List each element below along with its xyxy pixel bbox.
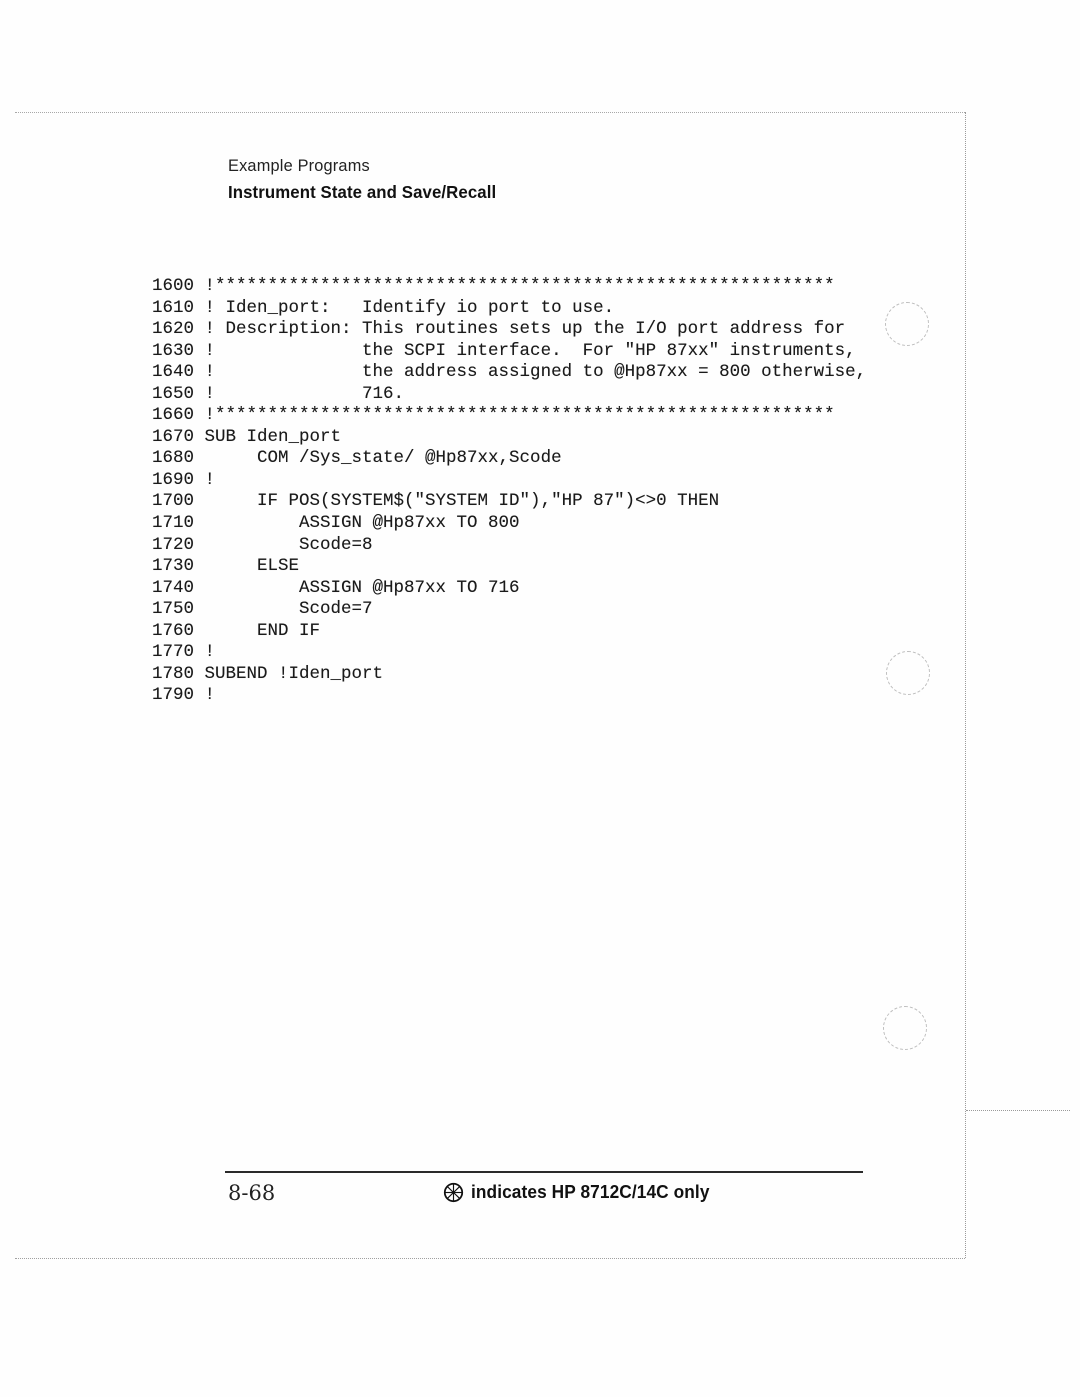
footer-note-text: indicates HP 8712C/14C only (471, 1182, 710, 1203)
manual-page: Example Programs Instrument State and Sa… (0, 0, 1080, 1397)
page-number: 8-68 (228, 1181, 275, 1205)
page-edge-right (965, 112, 966, 1258)
page-header: Example Programs Instrument State and Sa… (228, 156, 507, 203)
footer-rule (225, 1171, 863, 1173)
section-title: Instrument State and Save/Recall (228, 182, 496, 203)
fold-mark (966, 1110, 1070, 1111)
pinwheel-icon (443, 1182, 464, 1203)
page-edge-top (15, 112, 965, 113)
binder-hole-mark (883, 1006, 927, 1050)
binder-hole-mark (885, 302, 929, 346)
binder-hole-mark (886, 651, 930, 695)
page-edge-bottom (15, 1258, 965, 1259)
basic-program-listing: 1600 !**********************************… (152, 276, 866, 707)
chapter-breadcrumb: Example Programs (228, 156, 496, 176)
footer-note: indicates HP 8712C/14C only (443, 1182, 719, 1203)
